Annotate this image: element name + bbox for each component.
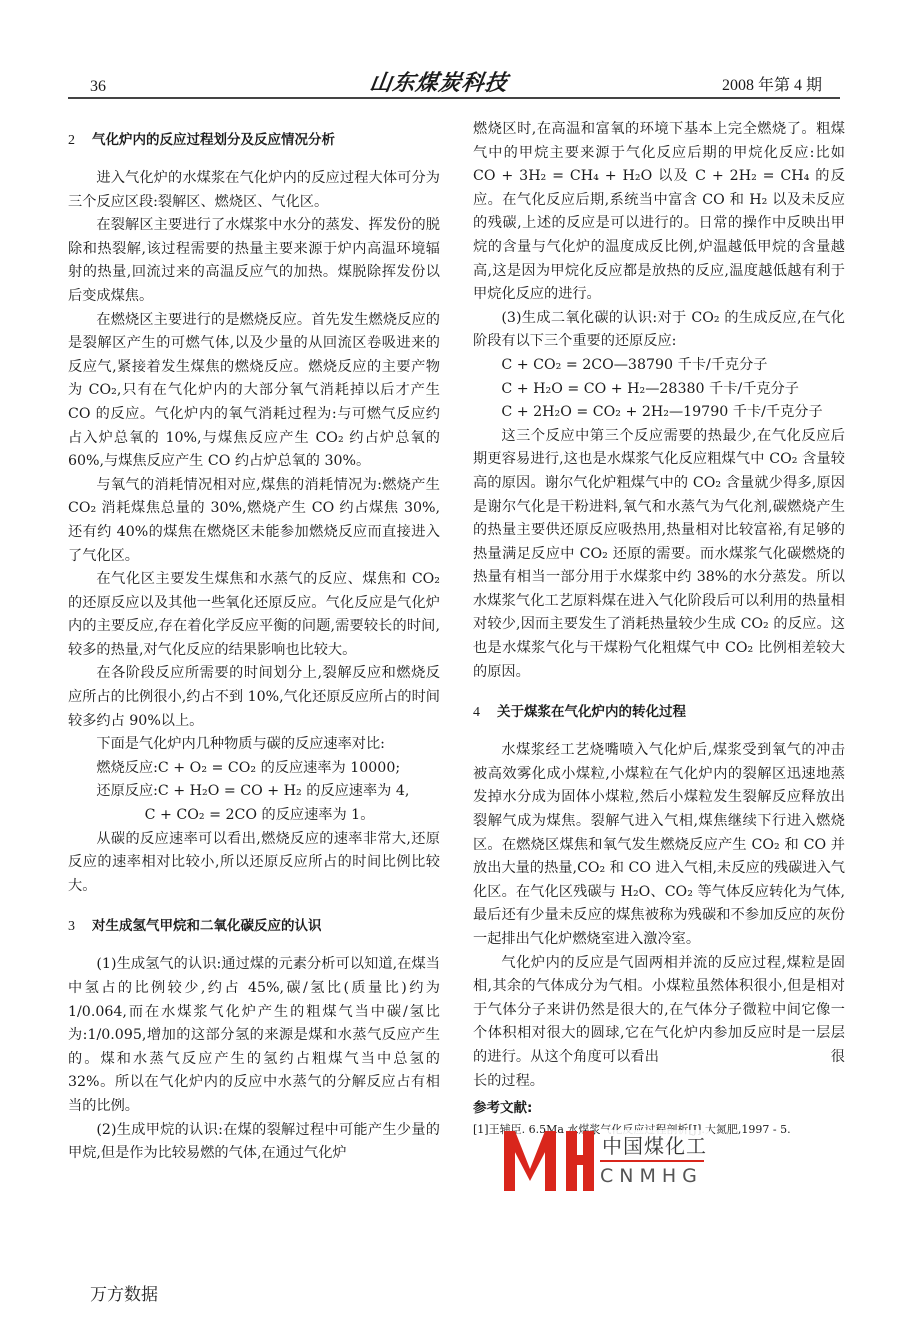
section-2-heading: 2气化炉内的反应过程划分及反应情况分析 <box>68 130 440 151</box>
section-number: 2 <box>68 131 92 151</box>
paragraph: (1)生成氢气的认识:通过煤的元素分析可以知道,在煤当中氢占的比例较少,约占 4… <box>68 953 440 1118</box>
equation-line: 还原反应:C + H₂O = CO + H₂ 的反应速率为 4, <box>68 780 440 804</box>
reference-item: [1]王辅臣. 6.5Ma 水煤浆气化反应过程剖析[J].大氮肥,1997 - … <box>473 1121 845 1139</box>
journal-title: 山东煤炭科技 <box>368 66 510 97</box>
paragraph: 在燃烧区主要进行的是燃烧反应。首先发生燃烧反应的是裂解区产生的可燃气体,以及少量… <box>68 309 440 474</box>
equation-line: C + H₂O = CO + H₂—28380 千卡/千克分子 <box>473 378 845 402</box>
paragraph: 这三个反应中第三个反应需要的热最少,在气化反应后期更容易进行,这也是水煤浆气化反… <box>473 425 845 685</box>
header-rule <box>68 97 840 99</box>
equation-line: 燃烧反应:C + O₂ = CO₂ 的反应速率为 10000; <box>68 757 440 781</box>
issue-label: 2008 年第 4 期 <box>722 72 822 95</box>
section-title: 对生成氢气甲烷和二氧化碳反应的认识 <box>92 918 322 934</box>
section-title: 关于煤浆在气化炉内的转化过程 <box>497 704 686 720</box>
watermark-divider <box>600 1160 704 1162</box>
references-heading: 参考文献: <box>473 1097 845 1121</box>
paragraph: 从碳的反应速率可以看出,燃烧反应的速率非常大,还原反应的速率相对比较小,所以还原… <box>68 828 440 899</box>
paragraph: 在各阶段反应所需要的时间划分上,裂解反应和燃烧反应所占的比例很小,约占不到 10… <box>68 662 440 733</box>
right-column: 燃烧区时,在高温和富氧的环境下基本上完全燃烧了。粗煤气中的甲烷主要来源于气化反应… <box>473 118 845 1139</box>
paragraph: (3)生成二氧化碳的认识:对于 CO₂ 的生成反应,在气化阶段有以下三个重要的还… <box>473 307 845 354</box>
paragraph: 燃烧区时,在高温和富氧的环境下基本上完全燃烧了。粗煤气中的甲烷主要来源于气化反应… <box>473 118 845 307</box>
left-column: 2气化炉内的反应过程划分及反应情况分析 进入气化炉的水煤浆在气化炉内的反应过程大… <box>68 118 440 1166</box>
paragraph: 气化炉内的反应是气固两相并流的反应过程,煤粒是固相,其余的气体成分为气相。小煤粒… <box>473 952 845 1094</box>
paragraph: (2)生成甲烷的认识:在煤的裂解过程中可能产生少量的甲烷,但是作为比较易燃的气体… <box>68 1119 440 1166</box>
paragraph: 在气化区主要发生煤焦和水蒸气的反应、煤焦和 CO₂ 的还原反应以及其他一些氧化还… <box>68 568 440 662</box>
section-title: 气化炉内的反应过程划分及反应情况分析 <box>92 132 335 148</box>
paragraph: 下面是气化炉内几种物质与碳的反应速率对比: <box>68 733 440 757</box>
source-footer: 万方数据 <box>90 1280 158 1305</box>
watermark-text-en: CNMHG <box>600 1165 703 1187</box>
equation-line: C + CO₂ = 2CO—38790 千卡/千克分子 <box>473 354 845 378</box>
section-number: 3 <box>68 917 92 937</box>
paragraph: 在裂解区主要进行了水煤浆中水分的蒸发、挥发份的脱除和热裂解,该过程需要的热量主要… <box>68 214 440 308</box>
paragraph: 进入气化炉的水煤浆在气化炉内的反应过程大体可分为三个反应区段:裂解区、燃烧区、气… <box>68 167 440 214</box>
paragraph: 水煤浆经工艺烧嘴喷入气化炉后,煤浆受到氧气的冲击被高效雾化成小煤粒,小煤粒在气化… <box>473 739 845 951</box>
equation-line: C + CO₂ = 2CO 的反应速率为 1。 <box>68 804 440 828</box>
equation-line: C + 2H₂O = CO₂ + 2H₂—19790 千卡/千克分子 <box>473 401 845 425</box>
page-number: 36 <box>90 78 106 96</box>
section-4-heading: 4关于煤浆在气化炉内的转化过程 <box>473 702 845 723</box>
paragraph: 与氧气的消耗情况相对应,煤焦的消耗情况为:燃烧产生 CO₂ 消耗煤焦总量的 30… <box>68 474 440 568</box>
section-3-heading: 3对生成氢气甲烷和二氧化碳反应的认识 <box>68 916 440 937</box>
section-number: 4 <box>473 703 497 723</box>
